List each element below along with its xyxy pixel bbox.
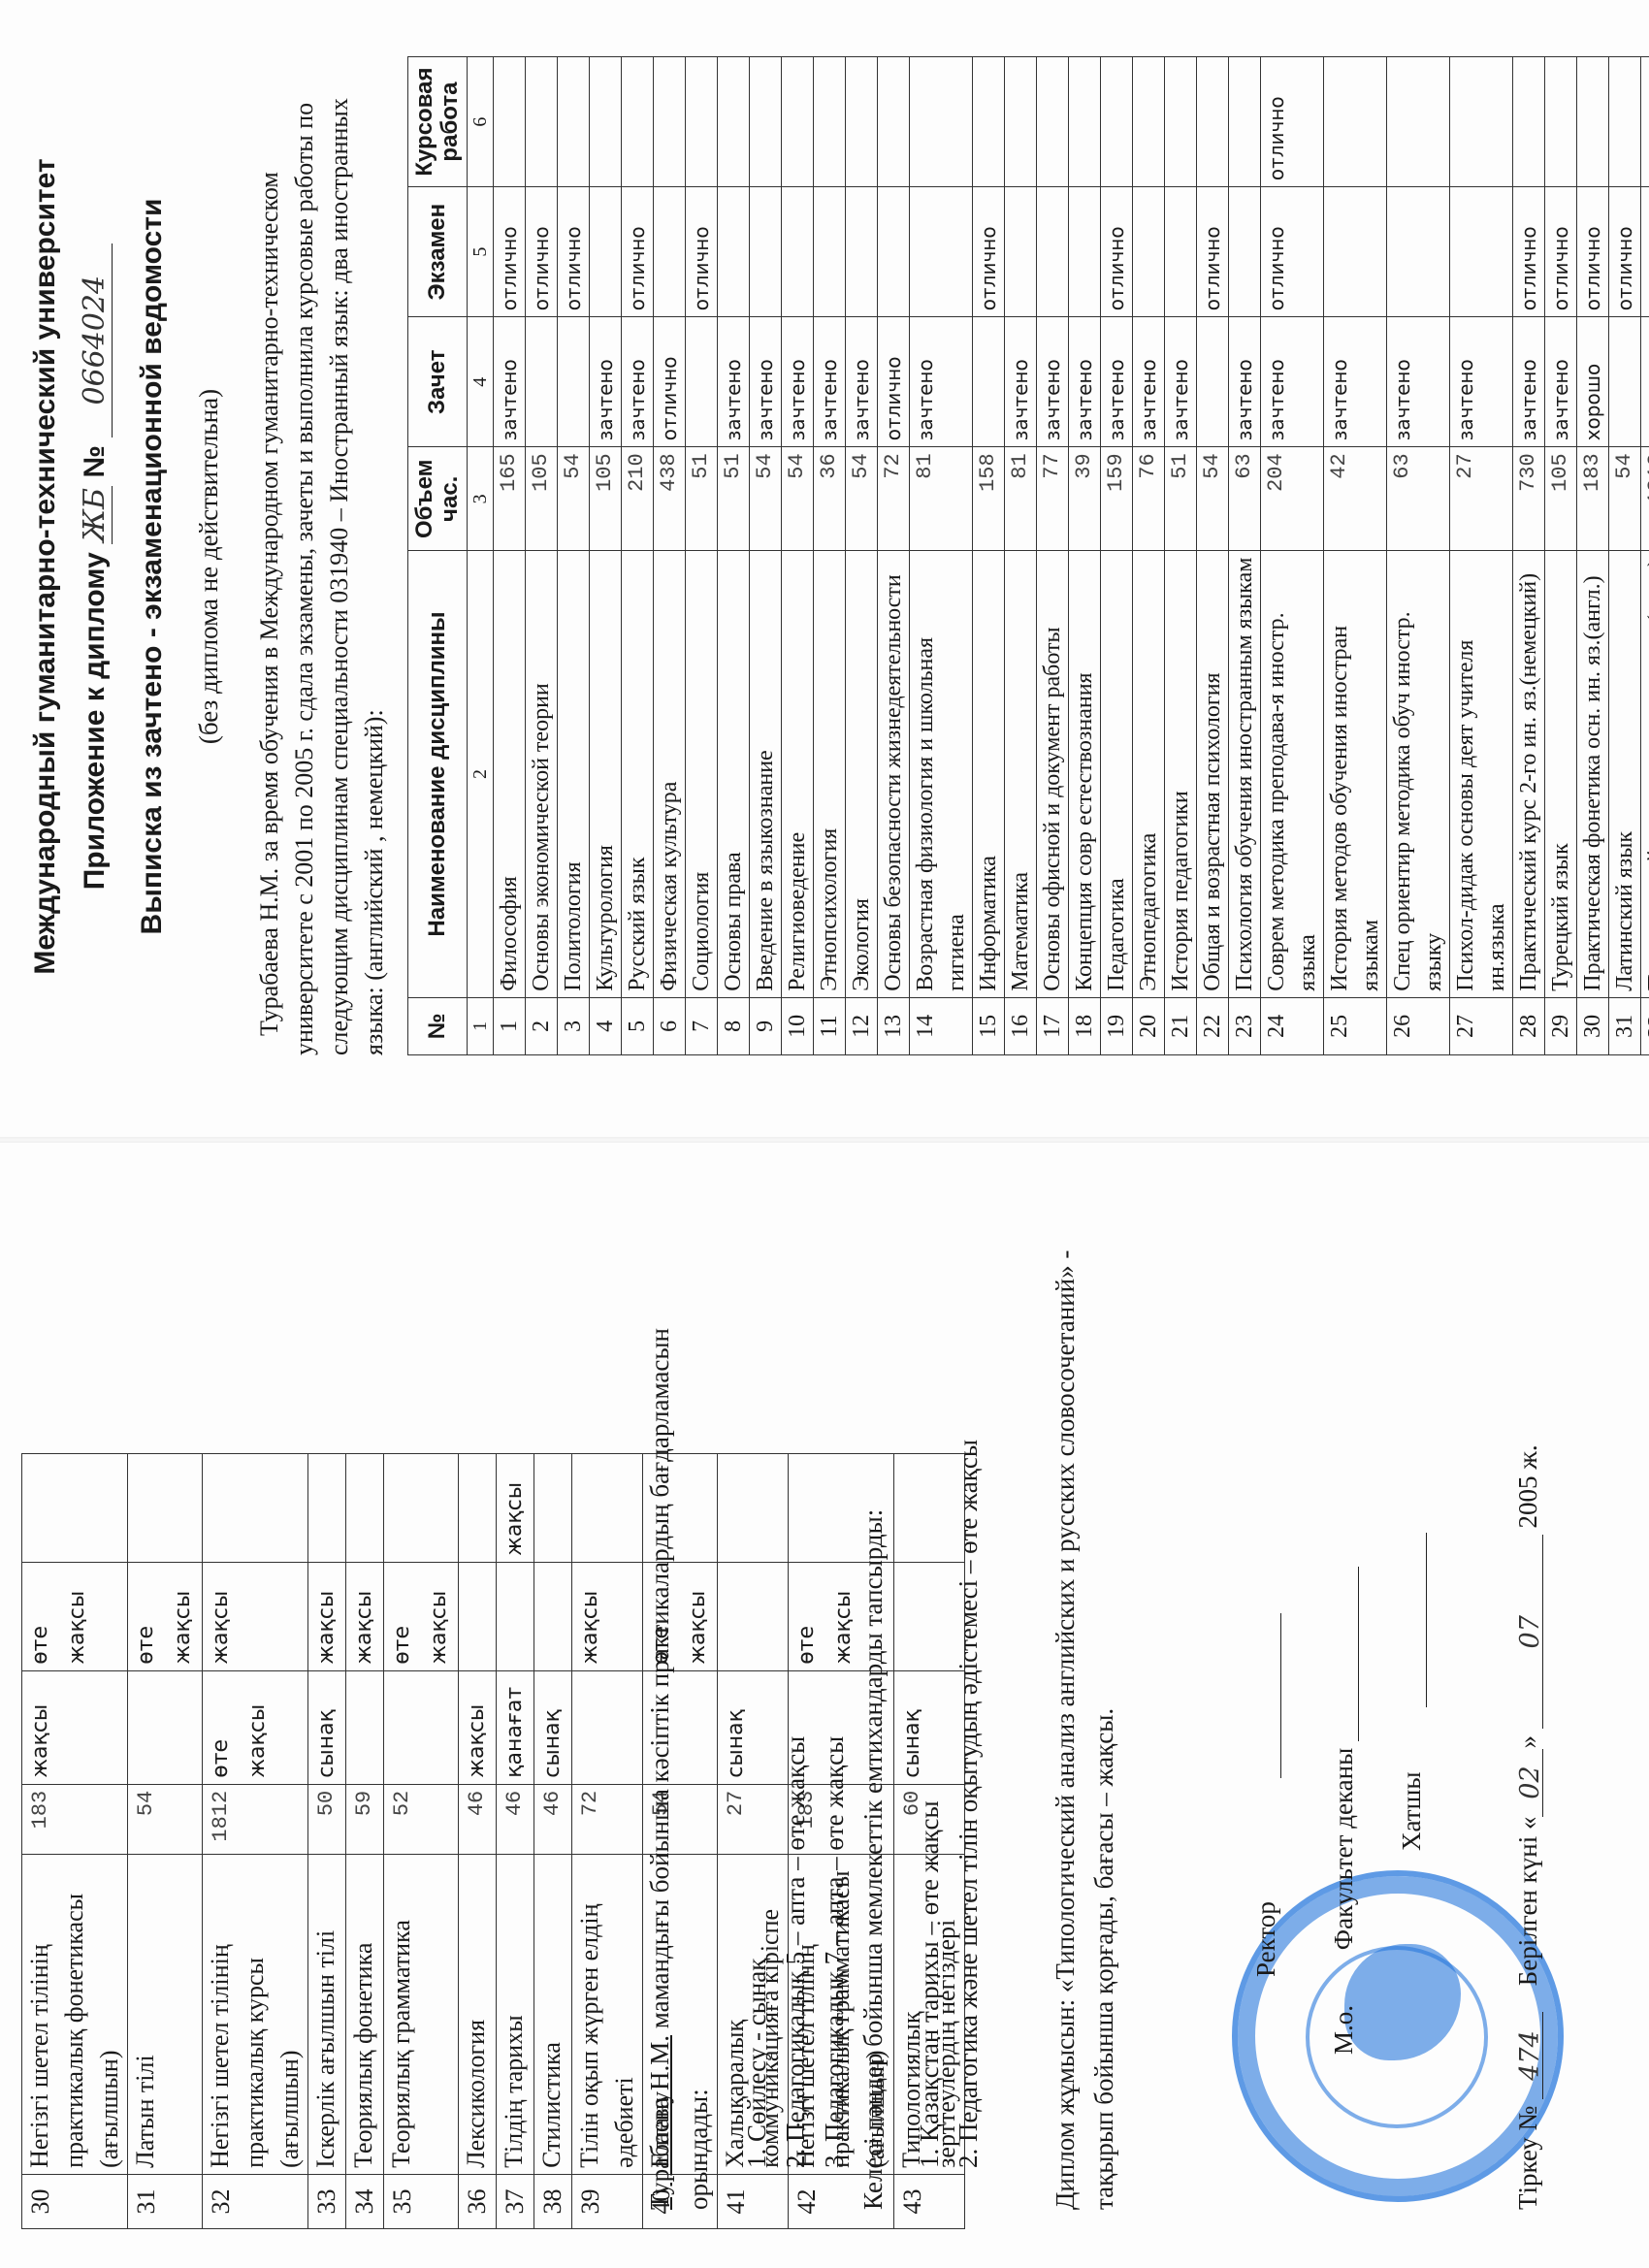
registration-row: Тіркеу № 474 Берілген күні «02» 07 2005 …	[1513, 1444, 1543, 2210]
discipline-name: Стилистика	[534, 1855, 572, 2175]
hours: 59	[346, 1784, 384, 1854]
exam-result: отлично	[1545, 187, 1577, 317]
discipline-name: Русский язык	[622, 551, 654, 997]
column-header: №	[408, 997, 468, 1054]
row-number: 38	[534, 2174, 572, 2228]
exam-result	[814, 187, 846, 317]
discipline-name: Введение в языкознание	[750, 551, 782, 997]
hours: 54	[750, 447, 782, 551]
discipline-name: Теориялық фонетика	[346, 1855, 384, 2175]
hours: 105	[590, 447, 622, 551]
exam-result: отлично	[973, 187, 1005, 317]
coursework-result	[878, 57, 910, 187]
row-number: 29	[1545, 997, 1577, 1054]
credit-result: зачтено	[718, 317, 750, 447]
hours: 52	[384, 1784, 459, 1854]
registration-number: 474	[1515, 2012, 1543, 2099]
column-number: 3	[468, 447, 494, 551]
discipline-name: Культурология	[590, 551, 622, 997]
table-row: 15Информатика158отлично	[973, 57, 1005, 1055]
coursework-result	[459, 1454, 497, 1563]
row-number: 36	[459, 2174, 497, 2228]
hours: 39	[1069, 447, 1101, 551]
table-row: 38Стилистика46сынақ	[534, 1454, 572, 2229]
hours: 438	[654, 447, 686, 551]
hours: 42	[1324, 447, 1387, 551]
table-row: 2Основы экономической теории105отлично	[526, 57, 558, 1055]
coursework-result	[1324, 57, 1387, 187]
state-exams-intro: Келесі пәндер бойынша мемлекеттік емтиха…	[854, 1240, 892, 2210]
table-row: 6Физическая культура438отлично	[654, 57, 686, 1055]
coursework-result: жақсы	[497, 1454, 534, 1563]
credit-result: зачтено	[1229, 317, 1261, 447]
credit-result: зачтено	[846, 317, 878, 447]
row-number: 1	[494, 997, 526, 1054]
credit-result	[686, 317, 718, 447]
coursework-result	[1450, 57, 1513, 187]
credit-result: зачтено	[910, 317, 973, 447]
table-row: 28Практический курс 2-го ин. яз.(немецки…	[1513, 57, 1545, 1055]
row-number: 10	[782, 997, 814, 1054]
discipline-name: Общая и возрастная психология	[1197, 551, 1229, 997]
credit-result: зачтено	[1545, 317, 1577, 447]
discipline-name: Экология	[846, 551, 878, 997]
hours: 54	[782, 447, 814, 551]
row-number: 31	[1609, 997, 1641, 1054]
discipline-name: Возрастная физиология и школьная гигиена	[910, 551, 973, 997]
table-row: 7Социология51отлично	[686, 57, 718, 1055]
exam-result	[534, 1562, 572, 1670]
coursework-result	[1641, 57, 1649, 187]
hours: 183	[22, 1784, 128, 1854]
issued-label: Берілген күні	[1513, 1836, 1542, 1986]
discipline-name: История методов обучения иностран языкам	[1324, 551, 1387, 997]
row-number: 26	[1387, 997, 1450, 1054]
university-name: Международный гуманитарно-технический ун…	[29, 0, 62, 1133]
row-number: 3	[558, 997, 590, 1054]
credit-result: отлично	[1641, 317, 1649, 447]
list-item: Педагогикалық 7 – апта – өте жақсы	[815, 1240, 854, 2142]
discipline-name: Религиоведение	[782, 551, 814, 997]
credit-result	[1609, 317, 1641, 447]
coursework-result	[558, 57, 590, 187]
exam-result: жақсы	[572, 1562, 643, 1670]
credit-result: отлично	[878, 317, 910, 447]
coursework-result: отлично	[1261, 57, 1324, 187]
column-header: Объем час.	[408, 447, 468, 551]
credit-result: зачтено	[1513, 317, 1545, 447]
discipline-name: Физическая культура	[654, 551, 686, 997]
rector-signature-line	[1253, 1613, 1281, 1778]
row-number: 28	[1513, 997, 1545, 1054]
coursework-result	[654, 57, 686, 187]
credit-result: зачтено	[1387, 317, 1450, 447]
right-page: Международный гуманитарно-технический ун…	[0, 0, 1649, 1133]
annex-prefix: Приложение к диплому	[79, 552, 111, 890]
row-number: 20	[1133, 997, 1165, 1054]
column-header: Экзамен	[408, 187, 468, 317]
table-row: 17Основы офисной и документ работы77зачт…	[1037, 57, 1069, 1055]
hours: 54	[558, 447, 590, 551]
hours: 63	[1387, 447, 1450, 551]
discipline-name: Тілдің тарихы	[497, 1855, 534, 2175]
column-number: 2	[468, 551, 494, 997]
row-number: 9	[750, 997, 782, 1054]
coursework-result	[1609, 57, 1641, 187]
table-row: 27Психол-дидак основы деят учителя ин.яз…	[1450, 57, 1513, 1055]
discipline-name: Негізгі шетел тілінің практикалық курсы …	[203, 1855, 308, 2175]
row-number: 14	[910, 997, 973, 1054]
exam-result: отлично	[1609, 187, 1641, 317]
exam-result: жақсы	[346, 1562, 384, 1670]
diploma-annex-line: Приложение к диплому ЖБ № 0664024	[78, 0, 113, 1133]
table-row: 9Введение в языкознание54зачтено	[750, 57, 782, 1055]
table-row: 26Спец ориентир методика обуч иностр. яз…	[1387, 57, 1450, 1055]
credit-result: зачтено	[1324, 317, 1387, 447]
row-number: 19	[1101, 997, 1133, 1054]
exam-result	[1229, 187, 1261, 317]
table-row: 12Экология54зачтено	[846, 57, 878, 1055]
credit-result: зачтено	[1069, 317, 1101, 447]
list-item: Сөйлесу - сынақ	[737, 1240, 776, 2142]
discipline-name: Лексикология	[459, 1855, 497, 2175]
table-row: 13Основы безопасности жизнедеятельности7…	[878, 57, 910, 1055]
rector-signature-row: Ректор	[1251, 1613, 1281, 1977]
row-number: 22	[1197, 997, 1229, 1054]
credit-result: зачтено	[1450, 317, 1513, 447]
credit-result: зачтено	[1261, 317, 1324, 447]
discipline-name: Педагогика	[1101, 551, 1133, 997]
hours: 72	[878, 447, 910, 551]
credit-result	[558, 317, 590, 447]
coursework-result	[1229, 57, 1261, 187]
table-row: 18Концепция совр естествознания39зачтено	[1069, 57, 1101, 1055]
hours: 183	[1577, 447, 1609, 551]
table-row: 36Лексикология46жақсы	[459, 1454, 497, 2229]
hours: 210	[622, 447, 654, 551]
credit-result: зачтено	[782, 317, 814, 447]
row-number: 17	[1037, 997, 1069, 1054]
exam-result: отлично	[622, 187, 654, 317]
table-row: 31Латинский язык54отлично	[1609, 57, 1641, 1055]
exam-result	[1450, 187, 1513, 317]
annex-series: ЖБ	[78, 486, 113, 544]
practice-section: Турабаева Н.М. мамандығы бойынша кәсіпті…	[640, 1240, 1123, 2210]
table-row: 34Теориялық фонетика59жақсы	[346, 1454, 384, 2229]
coursework-result	[622, 57, 654, 187]
exam-result	[497, 1562, 534, 1670]
annex-no-label: №	[79, 445, 111, 477]
row-number: 37	[497, 2174, 534, 2228]
coursework-result	[718, 57, 750, 187]
row-number: 15	[973, 997, 1005, 1054]
coursework-result	[1577, 57, 1609, 187]
exam-result	[1387, 187, 1450, 317]
coursework-result	[346, 1454, 384, 1563]
hours: 51	[686, 447, 718, 551]
table-row: 16Математика81зачтено	[1005, 57, 1037, 1055]
coursework-result	[128, 1454, 203, 1563]
credit-result: отлично	[654, 317, 686, 447]
row-number: 34	[346, 2174, 384, 2228]
discipline-name: Психол-дидак основы деят учителя ин.язык…	[1450, 551, 1513, 997]
coursework-result	[1005, 57, 1037, 187]
discipline-name: Основы безопасности жизнедеятельности	[878, 551, 910, 997]
row-number: 8	[718, 997, 750, 1054]
credit-result: зачтено	[1133, 317, 1165, 447]
exam-result: отлично	[526, 187, 558, 317]
coursework-result	[1069, 57, 1101, 187]
hours: 36	[814, 447, 846, 551]
coursework-result	[534, 1454, 572, 1563]
table-row: 23Психология обучения иностранным языкам…	[1229, 57, 1261, 1055]
discipline-name: Негізгі шетел тілінің практикалық фонети…	[22, 1855, 128, 2175]
hours: 46	[459, 1784, 497, 1854]
table-row: 33Іскерлік ағылшын тілі50сынақжақсы	[308, 1454, 346, 2229]
hours: 81	[910, 447, 973, 551]
credit-result	[572, 1670, 643, 1784]
hours: 72	[572, 1784, 643, 1854]
row-number: 7	[686, 997, 718, 1054]
hours: 54	[1197, 447, 1229, 551]
exam-result: отлично	[494, 187, 526, 317]
table-row: 21История педагогики51зачтено	[1165, 57, 1197, 1055]
table-row: 39Тілін оқып жүрген елдің әдебиеті72жақс…	[572, 1454, 643, 2229]
exam-result: отлично	[1261, 187, 1324, 317]
exam-result	[1133, 187, 1165, 317]
issued-month: 07	[1515, 1535, 1543, 1729]
exam-result	[1324, 187, 1387, 317]
exam-result: өте жақсы	[128, 1562, 203, 1670]
secretary-label: Хатшы	[1397, 1771, 1426, 1851]
table-row: 25История методов обучения иностран язык…	[1324, 57, 1387, 1055]
discipline-name: Іскерлік ағылшын тілі	[308, 1855, 346, 2175]
hours: 158	[973, 447, 1005, 551]
row-number: 35	[384, 2174, 459, 2228]
coursework-result	[1133, 57, 1165, 187]
exam-result	[1069, 187, 1101, 317]
table-row: 29Турецкий язык105зачтеноотлично	[1545, 57, 1577, 1055]
coursework-result	[750, 57, 782, 187]
page-fold	[0, 1137, 1649, 1143]
hours: 54	[1609, 447, 1641, 551]
exam-result	[782, 187, 814, 317]
credit-result: хорошо	[1577, 317, 1609, 447]
credit-result: сынақ	[534, 1670, 572, 1784]
coursework-result	[1545, 57, 1577, 187]
credit-result: сынақ	[308, 1670, 346, 1784]
table-row: 35Теориялық грамматика52өте жақсы	[384, 1454, 459, 2229]
table-row: 3Политология54отлично	[558, 57, 590, 1055]
discipline-name: Социология	[686, 551, 718, 997]
hours: 730	[1513, 447, 1545, 551]
hours: 63	[1229, 447, 1261, 551]
hours: 54	[128, 1784, 203, 1854]
row-number: 16	[1005, 997, 1037, 1054]
discipline-name: Спец ориентир методика обуч иностр. язык…	[1387, 551, 1450, 997]
hours: 51	[718, 447, 750, 551]
discipline-name: Латинский язык	[1609, 551, 1641, 997]
discipline-name: Информатика	[973, 551, 1005, 997]
row-number: 33	[308, 2174, 346, 2228]
row-number: 12	[846, 997, 878, 1054]
dean-label: Факультет деканы	[1329, 1748, 1358, 1950]
table-row: 32Негізгі шетел тілінің практикалық курс…	[203, 1454, 308, 2229]
table-row: 8Основы права51зачтено	[718, 57, 750, 1055]
row-number: 27	[1450, 997, 1513, 1054]
discipline-name: Политология	[558, 551, 590, 997]
hours: 46	[497, 1784, 534, 1854]
registration-label: Тіркеу №	[1513, 2106, 1542, 2210]
discipline-name: Концепция совр естествознания	[1069, 551, 1101, 997]
credit-result: зачтено	[1005, 317, 1037, 447]
discipline-name: История педагогики	[1165, 551, 1197, 997]
discipline-name: Теориялық грамматика	[384, 1855, 459, 2175]
credit-result: зачтено	[814, 317, 846, 447]
table-row: 1Философия165зачтеноотлично	[494, 57, 526, 1055]
exam-result	[1165, 187, 1197, 317]
discipline-name: Этнопедагогика	[1133, 551, 1165, 997]
exam-result: жақсы	[308, 1562, 346, 1670]
table-row: 4Культурология105зачтено	[590, 57, 622, 1055]
column-number: 4	[468, 317, 494, 447]
coursework-result	[846, 57, 878, 187]
row-number: 2	[526, 997, 558, 1054]
row-number: 6	[654, 997, 686, 1054]
discipline-name: Практический курс 2-го ин. яз.(немецкий)	[1513, 551, 1545, 997]
seal-map-icon	[1344, 1944, 1461, 2060]
extract-title: Выписка из зачтено - экзаменационной вед…	[136, 0, 169, 1133]
credit-result: жақсы	[22, 1670, 128, 1784]
column-header: Зачет	[408, 317, 468, 447]
column-header: Наименование дисциплины	[408, 551, 468, 997]
hours: 50	[308, 1784, 346, 1854]
row-number: 18	[1069, 997, 1101, 1054]
exam-result	[846, 187, 878, 317]
exam-result: өте жақсы	[384, 1562, 459, 1670]
seal-label: М.о.	[1329, 2005, 1358, 2055]
row-number: 30	[1577, 997, 1609, 1054]
coursework-result	[203, 1454, 308, 1563]
credit-result: зачтено	[622, 317, 654, 447]
hours: 27	[1450, 447, 1513, 551]
coursework-result	[1037, 57, 1069, 187]
dean-signature-row: М.о. Факультет деканы	[1329, 1567, 1359, 2055]
credit-result: зачтено	[494, 317, 526, 447]
ru-grades-table: №Наименование дисциплиныОбъем час.ЗачетЭ…	[407, 56, 1649, 1055]
exam-result: отлично	[1577, 187, 1609, 317]
coursework-result	[973, 57, 1005, 187]
coursework-result	[1101, 57, 1133, 187]
exam-result: өте жақсы	[22, 1562, 128, 1670]
discipline-name: Соврем методика преподава-я иностр. язык…	[1261, 551, 1324, 997]
credit-result: жақсы	[459, 1670, 497, 1784]
table-row: 19Педагогика159зачтеноотлично	[1101, 57, 1133, 1055]
discipline-name: Основы права	[718, 551, 750, 997]
row-number: 25	[1324, 997, 1387, 1054]
hours: 105	[1545, 447, 1577, 551]
row-number: 4	[590, 997, 622, 1054]
intro-paragraph: Турабаева Н.М. за время обучения в Между…	[252, 56, 392, 1055]
column-number: 6	[468, 57, 494, 187]
discipline-name: Турецкий язык	[1545, 551, 1577, 997]
table-row: 30Негізгі шетел тілінің практикалық фоне…	[22, 1454, 128, 2229]
hours: 105	[526, 447, 558, 551]
hours: 51	[1165, 447, 1197, 551]
table-row: 30Практическая фонетика осн. ин. яз.(анг…	[1577, 57, 1609, 1055]
credit-result	[128, 1670, 203, 1784]
credit-result: зачтено	[1165, 317, 1197, 447]
column-header: Курсовая работа	[408, 57, 468, 187]
document-spread: 30Негізгі шетел тілінің практикалық фоне…	[0, 0, 1649, 2268]
exam-result	[1037, 187, 1069, 317]
row-number: 5	[622, 997, 654, 1054]
left-page: 30Негізгі шетел тілінің практикалық фоне…	[0, 1143, 1649, 2268]
state-exam-list: Қазақстан тарихы – өте жақсыПедагогика ж…	[910, 1240, 987, 2210]
discipline-name: Этнопсихология	[814, 551, 846, 997]
coursework-result	[1197, 57, 1229, 187]
exam-result: отлично	[686, 187, 718, 317]
discipline-name: Практический курс основного ин. яз.(англ…	[1641, 551, 1649, 997]
table-row: 37Тілдің тарихы46қанағатжақсы	[497, 1454, 534, 2229]
credit-result	[1197, 317, 1229, 447]
list-item: Қазақстан тарихы – өте жақсы	[910, 1240, 949, 2142]
coursework-result	[814, 57, 846, 187]
table-row: 20Этнопедагогика76зачтено	[1133, 57, 1165, 1055]
validity-note: (без диплома не действительна)	[194, 0, 224, 1133]
discipline-name: Латын тілі	[128, 1855, 203, 2175]
row-number: 32	[203, 2174, 308, 2228]
hours: 77	[1037, 447, 1069, 551]
hours: 1812	[1641, 447, 1649, 551]
coursework-result	[910, 57, 973, 187]
table-row: 10Религиоведение54зачтено	[782, 57, 814, 1055]
row-number: 32	[1641, 997, 1649, 1054]
table-header-row: №Наименование дисциплиныОбъем час.ЗачетЭ…	[408, 57, 468, 1055]
credit-result: өте жақсы	[203, 1670, 308, 1784]
row-number: 31	[128, 2174, 203, 2228]
exam-result	[654, 187, 686, 317]
exam-result	[718, 187, 750, 317]
row-number: 23	[1229, 997, 1261, 1054]
hours: 76	[1133, 447, 1165, 551]
coursework-result	[308, 1454, 346, 1563]
exam-result	[459, 1562, 497, 1670]
discipline-name: Тілін оқып жүрген елдің әдебиеті	[572, 1855, 643, 2175]
secretary-signature-line	[1399, 1533, 1427, 1707]
column-number-row: 123456	[468, 57, 494, 1055]
exam-result	[878, 187, 910, 317]
credit-result: зачтено	[590, 317, 622, 447]
coursework-result	[572, 1454, 643, 1563]
coursework-result	[526, 57, 558, 187]
row-number: 11	[814, 997, 846, 1054]
student-name: Турабаева Н.М.	[645, 2035, 674, 2210]
table-row: 5Русский язык210зачтеноотлично	[622, 57, 654, 1055]
credit-result	[346, 1670, 384, 1784]
table-row: 14Возрастная физиология и школьная гигие…	[910, 57, 973, 1055]
table-row: 32Практический курс основного ин. яз.(ан…	[1641, 57, 1649, 1055]
credit-result	[973, 317, 1005, 447]
diploma-work: Диплом жұмысын: «Типологический анализ а…	[1046, 1240, 1123, 2210]
coursework-result	[494, 57, 526, 187]
row-number: 24	[1261, 997, 1324, 1054]
hours: 204	[1261, 447, 1324, 551]
coursework-result	[686, 57, 718, 187]
discipline-name: Практическая фонетика осн. ин. яз.(англ.…	[1577, 551, 1609, 997]
column-number: 1	[468, 997, 494, 1054]
discipline-name: Психология обучения иностранным языкам	[1229, 551, 1261, 997]
